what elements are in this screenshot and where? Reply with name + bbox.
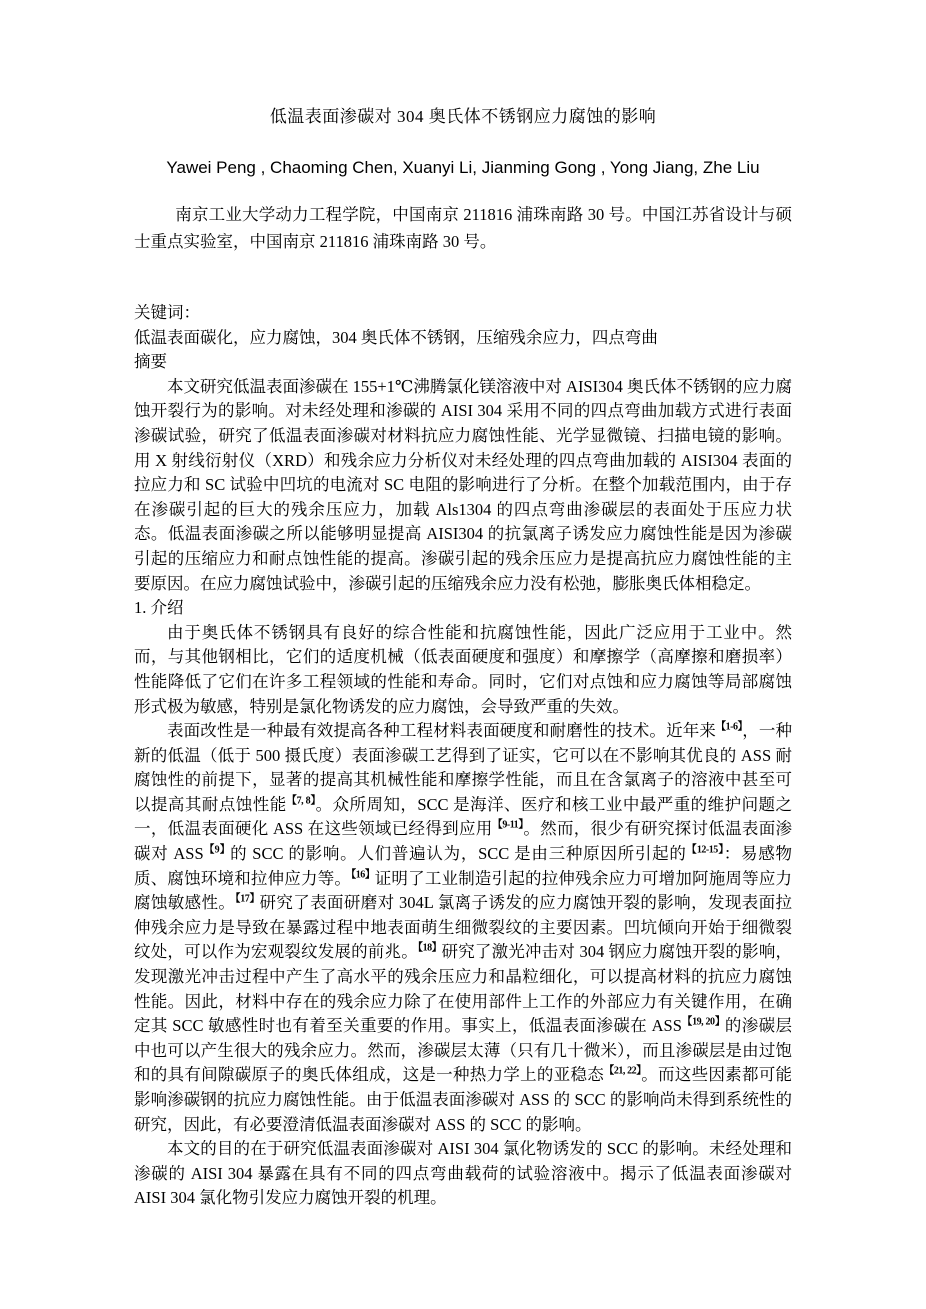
intro-paragraph-2: 表面改性是一种最有效提高各种工程材料表面硬度和耐磨性的技术。近年来【1-6】，一…	[134, 719, 792, 1137]
keywords-label: 关键词：	[134, 301, 792, 326]
document-page: 低温表面渗碳对 304 奥氏体不锈钢应力腐蚀的影响 Yawei Peng , C…	[0, 0, 926, 1309]
citation-marker: 【19, 20】	[682, 1017, 725, 1028]
abstract-label: 摘要	[134, 350, 792, 375]
affiliation: 南京工业大学动力工程学院，中国南京 211816 浦珠南路 30 号。中国江苏省…	[134, 201, 792, 255]
citation-marker: 【18】	[418, 943, 442, 954]
citation-marker: 【7, 8】	[287, 795, 316, 806]
keywords-text: 低温表面碳化，应力腐蚀，304 奥氏体不锈钢，压缩残余应力，四点弯曲	[134, 326, 792, 351]
authors-line: Yawei Peng , Chaoming Chen, Xuanyi Li, J…	[134, 155, 792, 180]
intro-paragraph-1: 由于奥氏体不锈钢具有良好的综合性能和抗腐蚀性能，因此广泛应用于工业中。然而，与其…	[134, 621, 792, 719]
section-1-heading: 1. 介绍	[134, 596, 792, 621]
citation-marker: 【1-6】	[716, 722, 742, 733]
paper-title: 低温表面渗碳对 304 奥氏体不锈钢应力腐蚀的影响	[134, 104, 792, 129]
abstract-paragraph: 本文研究低温表面渗碳在 155+1℃沸腾氯化镁溶液中对 AISI304 奥氏体不…	[134, 375, 792, 596]
citation-marker: 【9-11】	[493, 820, 524, 831]
citation-marker: 【21, 22】	[604, 1066, 641, 1077]
citation-marker: 【17】	[235, 894, 259, 905]
citation-marker: 【12-15】	[687, 845, 724, 856]
intro-paragraph-3: 本文的目的在于研究低温表面渗碳对 AISI 304 氯化物诱发的 SCC 的影响…	[134, 1137, 792, 1211]
citation-marker: 【9】	[204, 845, 231, 856]
citation-marker: 【16】	[351, 869, 375, 880]
